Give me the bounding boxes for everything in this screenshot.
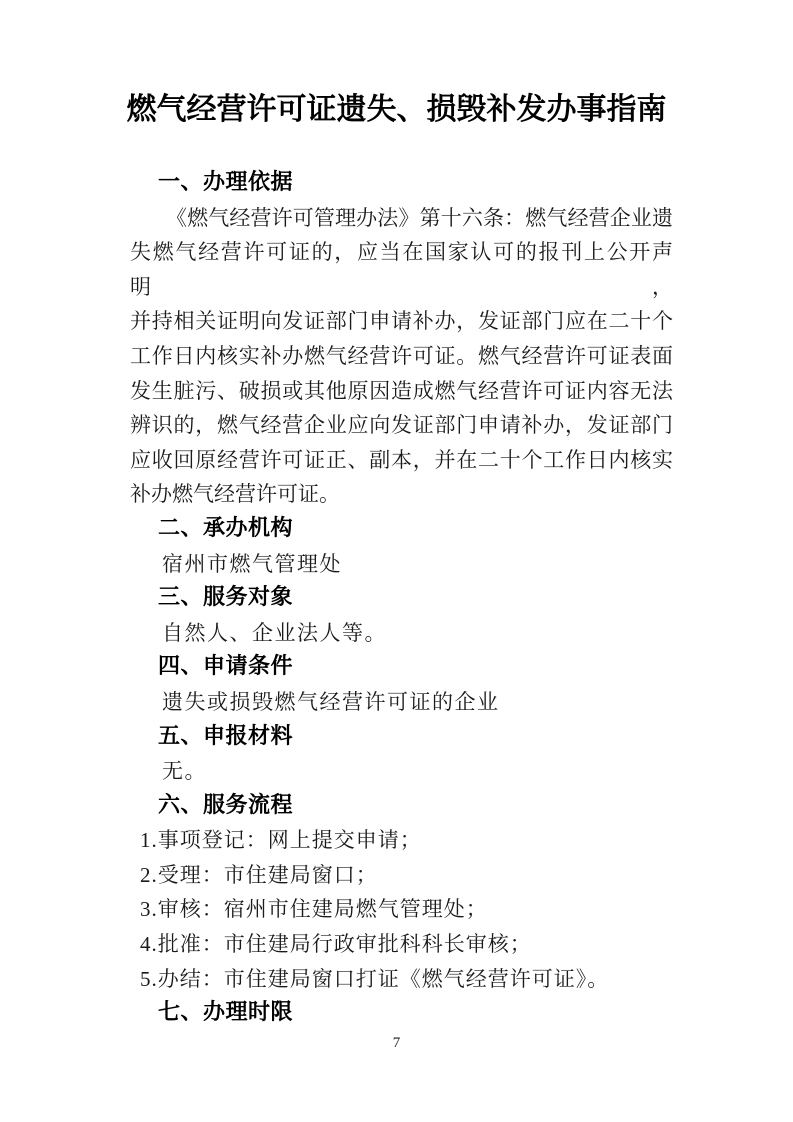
document-body: 一、办理依据《燃气经营许可管理办法》第十六条：燃气经营企业遗失燃气经营许可证的，… — [130, 166, 673, 1031]
procedure-step: 3.审核：宿州市住建局燃气管理处； — [130, 892, 673, 927]
section-heading: 二、承办机构 — [130, 512, 673, 547]
paragraph-line: 应收回原经营许可证正、副本，并在二十个工作日内核实 — [130, 443, 673, 478]
procedure-step: 4.批准：市住建局行政审批科科长审核； — [130, 927, 673, 962]
section-text: 遗失或损毁燃气经营许可证的企业 — [130, 685, 673, 720]
section-heading: 五、申报材料 — [130, 720, 673, 755]
paragraph-line: 工作日内核实补办燃气经营许可证。燃气经营许可证表面 — [130, 339, 673, 374]
section-heading: 一、办理依据 — [130, 166, 673, 201]
document-page: 燃气经营许可证遗失、损毁补发办事指南 一、办理依据《燃气经营许可管理办法》第十六… — [0, 0, 793, 1122]
section-heading: 四、申请条件 — [130, 650, 673, 685]
section-heading: 六、服务流程 — [130, 789, 673, 824]
procedure-step: 2.受理：市住建局窗口； — [130, 858, 673, 893]
section-heading: 七、办理时限 — [130, 996, 673, 1031]
paragraph-line: 辨识的，燃气经营企业应向发证部门申请补办，发证部门 — [130, 408, 673, 443]
paragraph-line: 补办燃气经营许可证。 — [130, 477, 673, 512]
paragraph-line: 并持相关证明向发证部门申请补办，发证部门应在二十个 — [130, 304, 673, 339]
paragraph-line: 发生脏污、破损或其他原因造成燃气经营许可证内容无法 — [130, 374, 673, 409]
page-footer: 7 — [0, 1032, 793, 1054]
section-text: 无。 — [130, 754, 673, 789]
paragraph-line: 失燃气经营许可证的，应当在国家认可的报刊上公开声明， — [130, 235, 673, 304]
document-title: 燃气经营许可证遗失、损毁补发办事指南 — [125, 88, 668, 132]
section-heading: 三、服务对象 — [130, 581, 673, 616]
procedure-step: 5.办结：市住建局窗口打证《燃气经营许可证》。 — [130, 962, 673, 997]
page-number: 7 — [393, 1035, 401, 1051]
paragraph-line: 《燃气经营许可管理办法》第十六条：燃气经营企业遗 — [130, 201, 673, 236]
procedure-step: 1.事项登记：网上提交申请； — [130, 823, 673, 858]
section-text: 自然人、企业法人等。 — [130, 616, 673, 651]
section-text: 宿州市燃气管理处 — [130, 547, 673, 582]
